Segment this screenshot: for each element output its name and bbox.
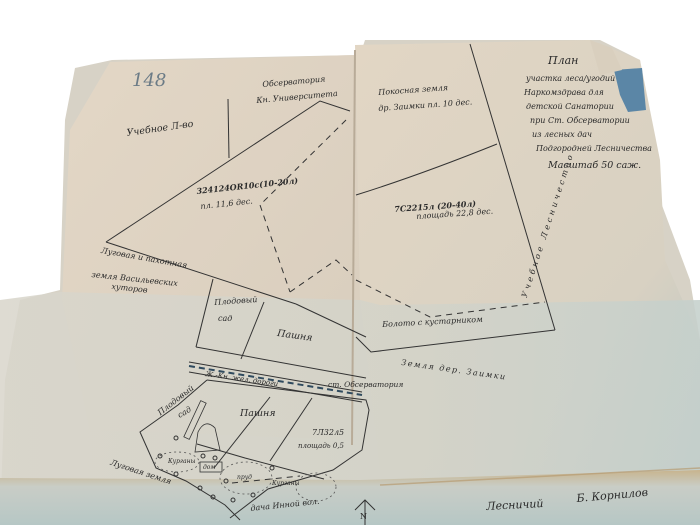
title-line-4: при Ст. Обсерватории [530,116,630,125]
archive-mark: 148 [132,70,166,91]
label-plowland-2: Пашня [240,408,276,419]
label-orchard-1b: сад [218,314,232,323]
parcel-c-code: 7Л32л5 [312,428,344,437]
title-line-2: Наркомздрава для [524,88,604,97]
document-photo: 148 Учебное Л-во Обсерватория Кн. Универ… [0,0,700,525]
label-station: ст. Обсерватория [328,380,403,389]
label-pond: пруд [237,474,252,481]
north-arrow-icon: N [360,512,367,521]
title-line-6: Подгородней Лесничества [536,144,652,153]
title-block-heading: План [548,54,578,67]
title-line-5: из лесных дач [532,130,592,139]
label-house: дом [203,464,215,471]
title-line-3: детской Санатории [526,102,614,111]
title-line-1: участка леса/угодий [526,74,615,83]
parcel-c-area: площадь 0,5 [298,442,344,450]
title-scale: Масштаб 50 саж. [548,160,641,171]
label-barrows-2: Курганы [272,480,299,487]
label-barrows-1: Курганы [168,458,195,465]
